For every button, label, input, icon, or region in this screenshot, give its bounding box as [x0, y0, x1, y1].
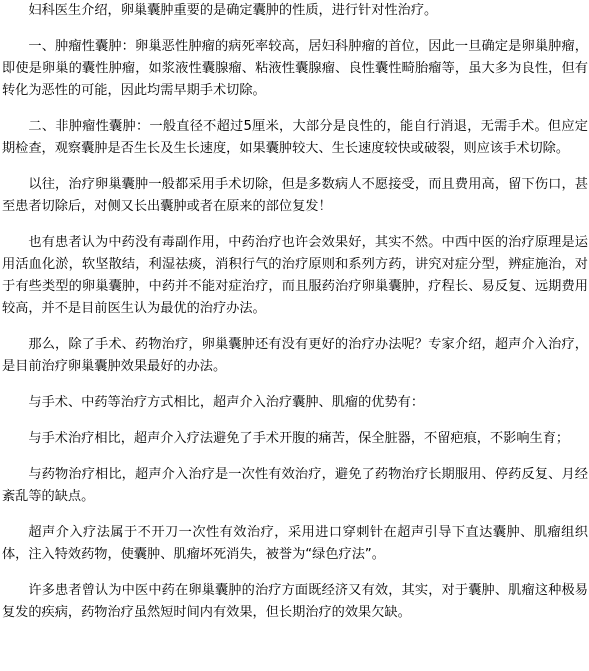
paragraph-vs-surgery: 与手术治疗相比，超声介入疗法避免了手术开腹的痛苦，保全脏器，不留疤痕，不影响生育…: [2, 428, 588, 450]
paragraph-conclusion: 许多患者曾认为中医中药在卵巢囊肿的治疗方面既经济又有效，其实，对于囊肿、肌瘤这种…: [2, 580, 588, 624]
paragraph-intro: 妇科医生介绍，卵巢囊肿重要的是确定囊肿的性质，进行针对性治疗。: [2, 0, 588, 22]
paragraph-surgery-history: 以往，治疗卵巢囊肿一般都采用手术切除，但是多数病人不愿接受，而且费用高，留下伤口…: [2, 174, 588, 218]
paragraph-tumor-cyst: 一、肿瘤性囊肿：卵巢恶性肿瘤的病死率较高，居妇科肿瘤的首位，因此一旦确定是卵巢肿…: [2, 36, 588, 102]
paragraph-advantages-heading: 与手术、中药等治疗方式相比，超声介入治疗囊肿、肌瘤的优势有：: [2, 392, 588, 414]
paragraph-ultrasound-intro: 那么，除了手术、药物治疗，卵巢囊肿还有没有更好的治疗办法呢？专家介绍，超声介入治…: [2, 334, 588, 378]
paragraph-green-therapy: 超声介入疗法属于不开刀一次性有效治疗，采用进口穿刺针在超声引导下直达囊肿、肌瘤组…: [2, 522, 588, 566]
paragraph-vs-medication: 与药物治疗相比，超声介入治疗是一次性有效治疗，避免了药物治疗长期服用、停药反复、…: [2, 464, 588, 508]
paragraph-non-tumor-cyst: 二、非肿瘤性囊肿：一般直径不超过5厘米，大部分是良性的，能自行消退，无需手术。但…: [2, 116, 588, 160]
paragraph-chinese-medicine: 也有患者认为中药没有毒副作用，中药治疗也许会效果好，其实不然。中西中医的治疗原理…: [2, 232, 588, 320]
article-body: 妇科医生介绍，卵巢囊肿重要的是确定囊肿的性质，进行针对性治疗。 一、肿瘤性囊肿：…: [0, 0, 589, 624]
